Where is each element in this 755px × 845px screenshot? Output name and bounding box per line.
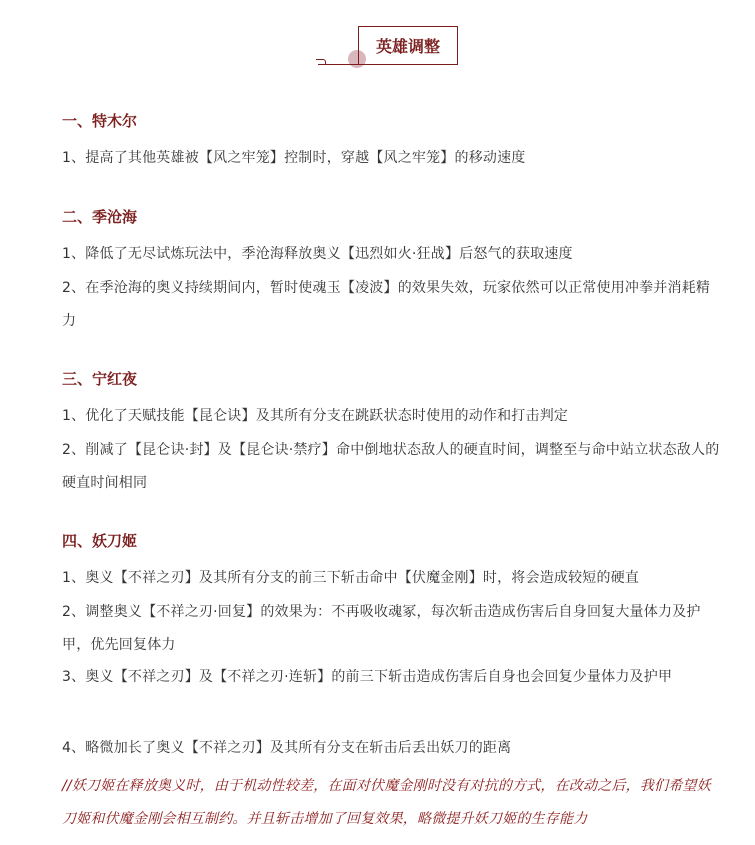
list-item: 4、略微加长了奥义【不祥之刃】及其所有分支在斩击后丢出妖刀的距离: [62, 732, 722, 765]
list-item: 2、在季沧海的奥义持续期间内，暂时使魂玉【凌波】的效果失效，玩家依然可以正常使用…: [62, 272, 722, 338]
list-item: 3、奥义【不祥之刃】及【不祥之刃·连斩】的前三下斩击造成伤害后自身也会回复少量体…: [62, 661, 722, 694]
header-decoration: 英雄调整: [0, 0, 755, 80]
page-title: 英雄调整: [358, 26, 458, 65]
list-item: 2、调整奥义【不祥之刃·回复】的效果为：不再吸收魂冢，每次斩击造成伤害后自身回复…: [62, 596, 722, 662]
section-title-temuer: 一、特木尔: [62, 110, 137, 131]
list-item: 1、降低了无尽试炼玩法中，季沧海释放奥义【迅烈如火·狂战】后怒气的获取速度: [62, 238, 722, 271]
list-item: 1、提高了其他英雄被【风之牢笼】控制时，穿越【风之牢笼】的移动速度: [62, 142, 722, 175]
list-item: 2、削减了【昆仑诀·封】及【昆仑诀·禁疗】命中倒地状态敌人的硬直时间，调整至与命…: [62, 434, 722, 500]
list-item: 1、优化了天赋技能【昆仑诀】及其所有分支在跳跃状态时使用的动作和打击判定: [62, 400, 722, 433]
section-title-ninghongye: 三、宁红夜: [62, 368, 137, 389]
section-title-jicanghai: 二、季沧海: [62, 206, 137, 227]
list-item: 1、奥义【不祥之刃】及其所有分支的前三下斩击命中【伏魔金刚】时，将会造成较短的硬…: [62, 562, 722, 595]
decorative-hook: [316, 59, 326, 65]
designer-note: //妖刀姬在释放奥义时，由于机动性较差，在面对伏魔金刚时没有对抗的方式，在改动之…: [62, 770, 722, 836]
section-title-yaodaoji: 四、妖刀姬: [62, 530, 137, 551]
